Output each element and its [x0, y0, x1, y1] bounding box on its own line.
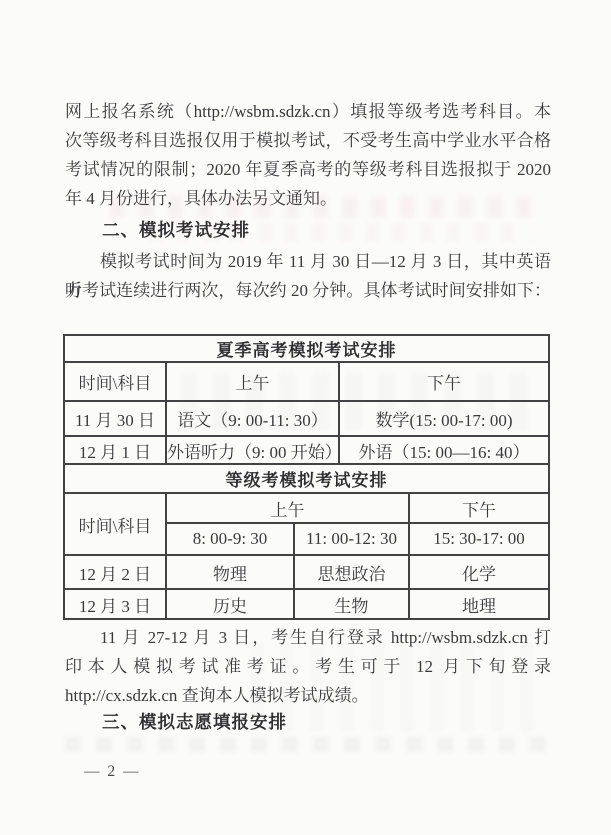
table-header-row: 时间\科目 上午 下午	[64, 362, 549, 401]
summer-gaokao-table: 夏季高考模拟考试安排 时间\科目 上午 下午 11 月 30 日 语文（9: 0…	[63, 334, 550, 465]
summer-table-title: 夏季高考模拟考试安排	[64, 335, 549, 362]
cell-subject-time: 外语（15: 00—16: 40）	[339, 436, 549, 464]
body-line: 印本人模拟考试准考证。考生可于 12 月下旬登录	[65, 652, 551, 681]
cell-timeslot: 8: 00-9: 30	[166, 523, 294, 555]
section-two-intro: 模拟考试时间为 2019 年 11 月 30 日—12 月 3 日，其中英语听 …	[65, 247, 551, 305]
bleed-through-artifact	[65, 737, 547, 752]
cell-date: 12 月 2 日	[64, 555, 166, 589]
table-header-row: 时间\科目 上午 下午	[64, 493, 549, 523]
header-cell-time-subject: 时间\科目	[64, 362, 166, 401]
body-line: 网上报名系统（http://wsbm.sdzk.cn）填报等级考选考科目。本	[65, 97, 551, 126]
scanned-document-page: 网上报名系统（http://wsbm.sdzk.cn）填报等级考选考科目。本 次…	[0, 0, 611, 835]
body-line: 考试情况的限制；2020 年夏季高考的等级考科目选报拟于 2020	[65, 155, 551, 184]
header-cell-time-subject: 时间\科目	[64, 493, 166, 555]
section-heading-mock-application: 三、模拟志愿填报安排	[65, 708, 551, 737]
cell-subject-time: 语文（9: 00-11: 30）	[166, 401, 339, 436]
cell-subject: 历史	[166, 589, 294, 619]
body-line: 11 月 27-12 月 3 日，考生自行登录 http://wsbm.sdzk…	[65, 623, 551, 652]
page-number: — 2 —	[84, 762, 141, 782]
cell-date: 12 月 1 日	[64, 436, 166, 464]
body-line: 模拟考试时间为 2019 年 11 月 30 日—12 月 3 日，其中英语听	[65, 247, 551, 276]
level-table-title: 等级考模拟考试安排	[64, 464, 549, 493]
table-row: 12 月 2 日 物理 思想政治 化学	[64, 555, 549, 589]
table-row: 12 月 3 日 历史 生物 地理	[64, 589, 549, 619]
cell-subject: 生物	[294, 589, 409, 619]
paragraph-continuation: 网上报名系统（http://wsbm.sdzk.cn）填报等级考选考科目。本 次…	[65, 97, 551, 213]
cell-subject-time: 外语听力（9: 00 开始）	[166, 436, 339, 464]
header-cell-afternoon: 下午	[339, 362, 549, 401]
section-heading-mock-exam: 二、模拟考试安排	[65, 216, 551, 245]
cell-subject: 思想政治	[294, 555, 409, 589]
header-cell-afternoon: 下午	[409, 493, 549, 523]
cell-subject: 化学	[409, 555, 549, 589]
body-line: 次等级考科目选报仅用于模拟考试，不受考生高中学业水平合格	[65, 126, 551, 155]
table-title-row: 夏季高考模拟考试安排	[64, 335, 549, 362]
table-row: 11 月 30 日 语文（9: 00-11: 30） 数学(15: 00-17:…	[64, 401, 549, 436]
cell-timeslot: 15: 30-17: 00	[409, 523, 549, 555]
cell-timeslot: 11: 00-12: 30	[294, 523, 409, 555]
cell-subject: 地理	[409, 589, 549, 619]
table-title-row: 等级考模拟考试安排	[64, 464, 549, 493]
header-cell-morning: 上午	[166, 493, 409, 523]
table-row: 12 月 1 日 外语听力（9: 00 开始） 外语（15: 00—16: 40…	[64, 436, 549, 464]
body-line: http://cx.sdzk.cn 查询本人模拟考试成绩。	[65, 681, 551, 710]
cell-subject: 物理	[166, 555, 294, 589]
level-exam-table: 等级考模拟考试安排 时间\科目 上午 下午 8: 00-9: 30 11: 00…	[63, 463, 550, 620]
body-line: 年 4 月份进行，具体办法另文通知。	[65, 184, 551, 213]
exam-schedule-table: 夏季高考模拟考试安排 时间\科目 上午 下午 11 月 30 日 语文（9: 0…	[63, 334, 548, 620]
section-two-outro: 11 月 27-12 月 3 日，考生自行登录 http://wsbm.sdzk…	[65, 623, 551, 710]
body-line: 力考试连续进行两次，每次约 20 分钟。具体考试时间安排如下：	[65, 276, 551, 305]
cell-date: 11 月 30 日	[64, 401, 166, 436]
header-cell-morning: 上午	[166, 362, 339, 401]
cell-date: 12 月 3 日	[64, 589, 166, 619]
cell-subject-time: 数学(15: 00-17: 00)	[339, 401, 549, 436]
